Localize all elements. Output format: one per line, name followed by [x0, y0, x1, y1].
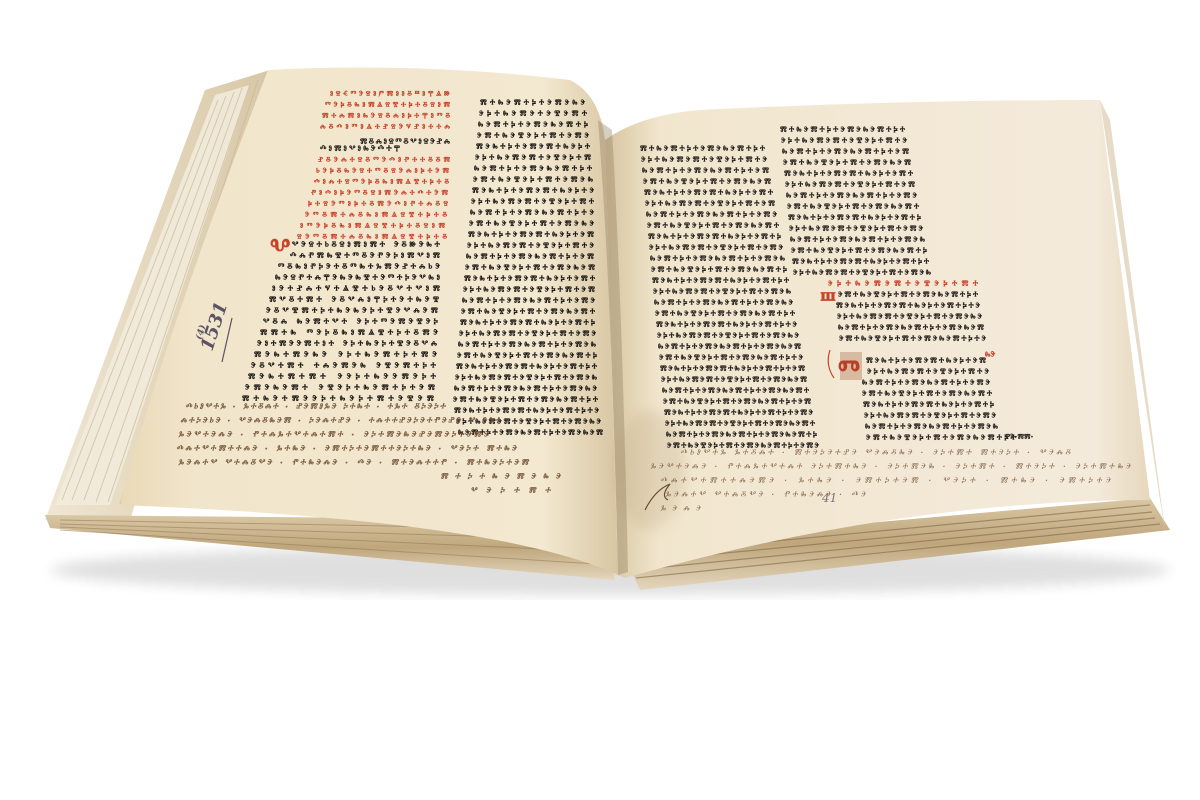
svg-text:ⰵⰿⰰⰸⰵⰺⰵⰽⰰⰿⰰⰵⰿⰵⰸⰵⰿⰰⰽⰰⰵ: ⰵⰿⰰⰸⰵⰺⰵⰽⰰⰿⰰⰵⰿⰵⰸⰵⰿⰰⰽⰰⰵ [839, 334, 986, 345]
svg-text:ⱂⰵ·ⰿⰿ·: ⱂⰵ·ⰿⰿ· [1005, 432, 1034, 443]
svg-text:ⰸⰵⰿⰰⰽⰰⰵⰿⰵⰸⰵⰿⰰⰽⰰⰵⰿⰵⰸⰵⰿ: ⰸⰵⰿⰰⰽⰰⰵⰿⰵⰸⰵⰿⰰⰽⰰⰵⰿⰵⰸⰵⰿ [838, 323, 985, 334]
svg-text:ⰵⰽⰰⰸⰵⰿⰵⰰⰵⰺⰵⰿⰰ: ⰵⰽⰰⰸⰵⰿⰵⰰⰵⰺⰵⰿⰰ [479, 109, 588, 120]
svg-text:ⰴⰾⱂⰿⰸⰺⰰⱅⰻⰵⱂⰵⰽⱁⰿⰲⱁⰿ: ⰴⰾⱂⰿⰸⰺⰰⱅⰻⰵⱂⰵⰽⱁⰿⰲⱁⰿ [290, 251, 441, 262]
svg-text:ⰵⰿⰰⰸⰵⰺⰵⰽⰰⰿⰰⰵⰿⰵⰸⰵⰿ: ⰵⰿⰰⰸⰵⰺⰵⰽⰰⰿⰰⰵⰿⰵⰸⰵⰿ [465, 263, 596, 274]
svg-text:ⰵⰿⰰⰸⰵⰺⰵⰽⰰⰿⰰⰵⰿⰵⰸⰵⰿⰰ: ⰵⰿⰰⰸⰵⰺⰵⰽⰰⰿⰰⰵⰿⰵⰸⰵⰿⰰ [461, 307, 596, 318]
svg-text:ⰵⰽⰰⰸⰵⰿⰵⰿⰰⰵⰺⰵⰽⰰⰿⰰⰵⰿ: ⰵⰽⰰⰸⰵⰿⰵⰿⰰⰵⰺⰵⰽⰰⰿⰰⰵⰿ [645, 199, 776, 210]
svg-text:ⰸⰵⰿⰰⰽⰰⰵⰿⰵⰸⰵⰿⰰⰽⰰⰵⰿⰵⰸ: ⰸⰵⰿⰰⰽⰰⰵⰿⰵⰸⰵⰿⰰⰽⰰⰵⰿⰵⰸ [865, 422, 999, 433]
svg-text:ⰸⰵⰿⰰⰽⰰⰵⰿⰵⰸⰵⰿⰰⰽⰰⰵⰿⰵ: ⰸⰵⰿⰰⰽⰰⰵⰿⰵⰸⰵⰿⰰⰽⰰⰵⰿⰵ [786, 191, 917, 202]
svg-text:ⰵⰻⰲⰰⰿⰰ ⰰⰾⰵⰿⰵⰸ ⰵⰺⰵⰿⰰⰽⰰ: ⰵⰻⰲⰰⰿⰰ ⰰⰾⰵⰿⰵⰸ ⰵⰺⰵⰿⰰⰽⰰ [251, 361, 437, 372]
illuminated-initial-right-1: Ⱎ [820, 287, 836, 313]
svg-text:ⰵⰿⰰⰸⰵⰺⰵⰽⰰⰿⰰⰵⰿⰵⰸ: ⰵⰿⰰⰸⰵⰺⰵⰽⰰⰿⰰⰵⰿⰵⰸ [473, 175, 594, 186]
svg-text:ⰸⰵⰿⰰⰽⰰⰵⰿⰵⰸⰵⰿⰰⰽⰰⰵⰿ: ⰸⰵⰿⰰⰽⰰⰵⰿⰵⰸⰵⰿⰰⰽⰰⰵⰿ [782, 147, 910, 158]
svg-text:ⰸⰵⰿⰰⰽⰰⰵⰿⰵⰸⰵⰿⰰⰽⰰⰵⰿⰵⰸⰵⰿⰰⰽ: ⰸⰵⰿⰰⰽⰰⰵⰿⰵⰸⰵⰿⰰⰽⰰⰵⰿⰵⰸⰵⰿⰰⰽ [666, 430, 818, 441]
svg-text:ⱃⰵⰽⰻⰸⰵⱄⰰⱅⰻⱄⰵⰾⱁⰽⰰⰵⰿ: ⱃⰵⰽⰻⰸⰵⱄⰰⱅⰻⱄⰵⰾⱁⰽⰰⰵⰿ [316, 166, 450, 177]
svg-text:ⰵⰻⰲⰺⰿⰰⰽⰰⰸⰵⰸⰵⰽⰰⰺⰵⰲⰾⰵⰿ: ⰵⰻⰲⰺⰿⰰⰽⰰⰸⰵⰸⰵⰽⰰⰺⰵⰲⰾⰵⰿ [266, 306, 439, 317]
svg-text:Ⰲ: Ⰲ [270, 232, 290, 261]
svg-text:ⰵⰽⰰⰸⰵⰿⰵⰿⰰⰵⰺⰵⰽⰰⰿⰰⰵⰿⰵⰸⰵⰿⰰ: ⰵⰽⰰⰸⰵⰿⰵⰿⰰⰵⰺⰵⰽⰰⰿⰰⰵⰿⰵⰸⰵⰿⰰ [665, 419, 816, 430]
svg-text:ⰿⰰⰸⰵⰿⰰⰽⰰⰵⰿⰵⰸⰵⰿⰰⰽⰰ: ⰿⰰⰸⰵⰿⰰⰽⰰⰵⰿⰵⰸⰵⰿⰰⰽⰰ [640, 144, 766, 155]
svg-text:ⰵⰽⰰⰸⰵⰿⰵⰿⰰⰵⰺⰵⰽⰰⰿⰰⰵⰿ: ⰵⰽⰰⰸⰵⰿⰵⰿⰰⰵⰺⰵⰽⰰⰿⰰⰵⰿ [463, 285, 596, 296]
svg-text:ⰵⱁⰰⰿⰵⰵⰿⰰⱁⰰ ⰵⰽⰰⰸⰵⰽⰰⰺⰵⰻⰲⰾ: ⰵⱁⰰⰿⰵⰵⰿⰰⱁⰰ ⰵⰽⰰⰸⰵⰽⰰⰺⰵⰻⰲⰾ [257, 339, 438, 350]
svg-text:ⰿⰰⰾⰿⱁⰸⰵⱄⰻⰾⱁⰽⰰⰹⱁⱅⰻ: ⰿⰰⰾⰿⱁⰸⰵⱄⰻⰾⱁⰽⰰⰹⱁⱅⰻ [322, 111, 450, 122]
svg-text:ⰵⰽⰰⰸⰵⰿⰵⰿⰰⰵⰺⰵⰽⰰⰿⰰⰵⰿⰵ: ⰵⰽⰰⰸⰵⰿⰵⰿⰰⰵⰺⰵⰽⰰⰿⰰⰵⰿⰵ [459, 329, 596, 340]
svg-text:ⰸⰵⰿⰰⰽⰰⰵⰿⰵⰸⰵⰿⰰⰽⰰⰵⰿⰵ: ⰸⰵⰿⰰⰽⰰⰵⰿⰵⰸⰵⰿⰰⰽⰰⰵⰿⰵ [646, 210, 777, 221]
svg-text:ⰳⰵⰲⰰⰵⰾⰵ · ⱂⰰⰾⰳⰰⰲⰰⰾⰰ ⰵⰽⰰⰿⰰⰸⰵ ·: ⰳⰵⰲⰰⰵⰾⰵ · ⱂⰰⰾⰳⰰⰲⰰⰾⰰ ⰵⰽⰰⰿⰰⰸⰵ · ⰵⰽⰰⰿⰵⰸ · ⰵ… [650, 462, 1131, 473]
photo-scene: ⱁⱄⱔⱅⰵⱄⱁⱓⰿⱁⱁⰻⱎⱁⰹⱑⱆ ⱅⰵⰽⰻⰸⱁⰿⱑⱄⰺⰰⰽⰰⰻⱄⱁⰿ ⰿⰰⰾⰿ… [0, 0, 1200, 800]
svg-text:ⰸⰵⰿⰰⰽⰰⰵⰿⰵⰸⰵⰿⰰⰽⰰⰵⰿ: ⰸⰵⰿⰰⰽⰰⰵⰿⰵⰸⰵⰿⰰⰽⰰⰵⰿ [466, 252, 595, 263]
svg-text:ⰿⰵⰸⰰⰽⰰⰵⰿⰵⰿⰰⰸⰵⰽⰰⰵⰿⰰⰽⰰⰵ: ⰿⰵⰸⰰⰽⰰⰵⰿⰵⰿⰰⰸⰵⰽⰰⰵⰿⰰⰽⰰⰵ [656, 320, 797, 331]
svg-text:ⰵⰽⰰⰸⰵⰿⰵⰿⰰⰵⰺⰵⰽⰰⰿⰰⰵⰿⰵⰸ: ⰵⰽⰰⰸⰵⰿⰵⰿⰰⰵⰺⰵⰽⰰⰿⰰⰵⰿⰵⰸ [455, 373, 598, 384]
svg-text:ⰵⰿⰰⰸⰵⰺⰵⰽⰰⰿⰰⰵⰿⰵⰸⰵⰿⰰⰽⰰⰵⰿ: ⰵⰿⰰⰸⰵⰺⰵⰽⰰⰿⰰⰵⰿⰵⰸⰵⰿⰰⰽⰰⰵⰿ [663, 397, 812, 408]
svg-text:ⰴⱃⱁⰲⰰⰳ ⰳⰰⰻⰾⰰ · ⰿⰰⰵⰽⰵⰰⱀⰵ ⰲⰵⰾⰻⰸⰵ: ⰴⱃⱁⰲⰰⰳ ⰳⰰⰻⰾⰰ · ⰿⰰⰵⰽⰵⰰⱀⰵ ⰲⰵⰾⰻⰸⰵ · ⰵⰽⰰⰿⰰ ⰿ… [680, 448, 1071, 459]
svg-text:ⰵⱅⰻⰿⰰⰾⰻⰸⱁⰿⱑⱄⰺⰰⰽⰰⰻ: ⰵⱅⰻⰿⰰⰾⰻⰸⱁⰿⱑⱄⰺⰰⰽⰰⰻ [305, 210, 447, 221]
svg-text:ⰵⰽⰰⰸⰵⰿⰵⰿⰰⰵⰺⰵⰽⰰⰿⰰⰵⰿⰵ: ⰵⰽⰰⰸⰵⰿⰵⰿⰰⰵⰺⰵⰽⰰⰿⰰⰵⰿⰵ [864, 411, 996, 422]
svg-text:ⰵⰿⰰⰸⰵⰺⰵⰽⰰⰿⰰⰵⰿⰵⰸⰵⰿⰰⰽ: ⰵⰿⰰⰸⰵⰺⰵⰽⰰⰿⰰⰵⰿⰵⰸⰵⰿⰰⰽ [791, 246, 928, 257]
svg-text:ⰵⰽⰰⰸⰵⰿⰵⰿⰰⰵⰺⰵⰽⰰⰿⰰⰵⰿⰵⰸⰵⰿ: ⰵⰽⰰⰸⰵⰿⰵⰿⰰⰵⰺⰵⰽⰰⰿⰰⰵⰿⰵⰸⰵⰿ [661, 375, 808, 386]
svg-text:ⰿⰵⰸⰰⰽⰰⰵⰿⰵⰿⰰⰸⰵⰽⰰⰵⰿⰰ: ⰿⰵⰸⰰⰽⰰⰵⰿⰵⰿⰰⰸⰵⰽⰰⰵⰿⰰ [784, 169, 914, 180]
svg-text:ⰲⰻⰾ ⰸⰵⰿⰰⰲⰰ ⰵⰽⰰⱅⰵⰿⰵⰺⰵⰽ: ⰲⰻⰾ ⰸⰵⰿⰰⰲⰰ ⰵⰽⰰⱅⰵⰿⰵⰺⰵⰽ [263, 317, 439, 328]
svg-text:ⰸⰵⰿⰰⰽⰰⰵⰿⰵⰸⰵⰿⰰⰽⰰⰵⰿⰵⰸ: ⰸⰵⰿⰰⰽⰰⰵⰿⰵⰸⰵⰿⰰⰽⰰⰵⰿⰵⰸ [790, 235, 926, 246]
svg-text:ⰵⰿⰰⰸⰵⰺⰵⰽⰰⰿⰰⰵⰿⰵⰸⰵⰿⰰ: ⰵⰿⰰⰸⰵⰺⰵⰽⰰⰿⰰⰵⰿⰵⰸⰵⰿⰰ [862, 389, 993, 400]
svg-text:ⱀⰻⰵⰾⰰⱄⰻⱅⰵⰴⱁⱂⰰⰰⰻⰻⰿ: ⱀⰻⰵⰾⰰⱄⰻⱅⰵⰴⱁⱂⰰⰰⰻⰻⰿ [318, 155, 451, 166]
svg-text:ⰸⰵⰿⰰⰽⰰⰵⰿⰵⰸⰵⰿⰰⰽⰰⰵⰿⰵ: ⰸⰵⰿⰰⰽⰰⰵⰿⰵⰸⰵⰿⰰⰽⰰⰵⰿⰵ [862, 378, 990, 389]
svg-text:ⰵⰿⰰⰸⰵⰺⰵⰽⰰⰿⰰⰵⰿⰵⰸⰵⰿⰰ: ⰵⰿⰰⰸⰵⰺⰵⰽⰰⰿⰰⰵⰿⰵⰸⰵⰿⰰ [787, 202, 920, 213]
svg-text:ⰿⰵⰸⰰⰽⰰⰵⰿⰵⰿⰰⰸⰵⰽⰰⰵⰿⰰⰽ: ⰿⰵⰸⰰⰽⰰⰵⰿⰵⰿⰰⰸⰵⰽⰰⰵⰿⰰⰽ [648, 232, 782, 243]
svg-text:ⰴⱃⱁⰲⰰⰳ · ⰳⰰⰻⰾⰰ · ⱀⰵⰿⱁⰳⰵ ⰽⰰⰸⰰ ·: ⰴⱃⱁⰲⰰⰳ · ⰳⰰⰻⰾⰰ · ⱀⰵⰿⱁⰳⰵ ⰽⰰⰸⰰ · ⰰⰳⰰ ⰻⰽⰵⰽⰰ [185, 402, 447, 413]
svg-text:ⰵⰽⰰⰸⰵⰿⰵⰿⰰⰵⰺⰵⰽⰰⰿⰰⰵⰿⰵⰸⰵ: ⰵⰽⰰⰸⰵⰿⰵⰿⰰⰵⰺⰵⰽⰰⰿⰰⰵⰿⰵⰸⰵ [837, 312, 982, 323]
illuminated-initial-left: Ⰲ [270, 232, 290, 261]
svg-text:41: 41 [821, 491, 837, 505]
svg-text:ⰿⰵⰸⰰⰽⰰⰵⰿⰵⰿⰰⰸⰵⰽⰰⰵⰿⰰⰽ: ⰿⰵⰸⰰⰽⰰⰵⰿⰵⰿⰰⰸⰵⰽⰰⰵⰿⰰⰽ [460, 318, 596, 329]
svg-text:ⰵⰿⰰⰸⰵⰺⰵⰽⰰⰿⰰⰵⰿⰵⰸⰵⰿⰰ: ⰵⰿⰰⰸⰵⰺⰵⰽⰰⰿⰰⰵⰿⰵⰸⰵⰿⰰ [647, 221, 780, 232]
svg-text:ⱁⰵⰰⱀⰾⰰⱌⰰⱑⰺⰰⱃⰵⰻⰲⰰⰲⱁⰿ: ⱁⰵⰰⱀⰾⰰⱌⰰⱑⰺⰰⱃⰵⰻⰲⰰⰲⱁⰿ [272, 284, 441, 295]
svg-text:ⰸⰵ: ⰸⰵ [985, 350, 996, 361]
pencil-mark-41: 41 [821, 491, 837, 505]
svg-text:ⰵⰽⰰⰸⰵⰿⰵⰿⰰⰵⰺⰵⰽⰰⰿⰰⰵⰿⰵⰸ: ⰵⰽⰰⰸⰵⰿⰵⰿⰰⰵⰺⰵⰽⰰⰿⰰⰵⰿⰵⰸ [653, 287, 792, 298]
svg-text:ⰿⰵⰸⰰⰽⰰⰵⰿⰵⰿⰰⰸⰵⰽⰰⰵⰿⰰⰽⰰⰵ: ⰿⰵⰸⰰⰽⰰⰵⰿⰵⰿⰰⰸⰵⰽⰰⰵⰿⰰⰽⰰⰵ [836, 301, 980, 312]
svg-text:ⰵⰿⰰⰸⰵⰺⰵⰽⰰⰿⰰⰵⰿⰵⰸⰵⰿ: ⰵⰿⰰⰸⰵⰺⰵⰽⰰⰿⰰⰵⰿⰵⰸⰵⰿ [783, 158, 912, 169]
svg-text:ⰸⰵⰿⰰⰽⰰⰵⰿⰵⰸⰵⰿⰰⰽⰰⰵⰿⰵⰸ: ⰸⰵⰿⰰⰽⰰⰵⰿⰵⰸⰵⰿⰰⰽⰰⰵⰿⰵⰸ [458, 340, 597, 351]
svg-text:ⰵⰽⰰⰸⰵⰿⰵⰿⰰⰵⰺⰵⰽⰰⰿⰰⰵⰿ: ⰵⰽⰰⰸⰵⰿⰵⰿⰰⰵⰺⰵⰽⰰⰿⰰⰵⰿ [785, 180, 916, 191]
svg-text:ⰵⰿⰰⰸⰵⰺⰵⰽⰰⰿⰰⰵⰿⰵⰸⰵⰿ: ⰵⰿⰰⰸⰵⰺⰵⰽⰰⰿⰰⰵⰿⰵⰸⰵⰿ [643, 177, 772, 188]
svg-text:ⰵⰽⰰⰸⰵⰿⰵⰿⰰⰵⰺⰵⰽⰰⰿⰰⰵⰿⰵ: ⰵⰽⰰⰸⰵⰿⰵⰿⰰⰵⰺⰵⰽⰰⰿⰰⰵⰿⰵ [649, 243, 783, 254]
svg-text:ⰾⰻⰴⱁⱅⱁⱑⰰⱀⱄⰵⱌⱀⱁⰰⰰⰾ: ⰾⰻⰴⱁⱅⱁⱑⰰⱀⱄⰵⱌⱀⱁⰰⰰⰾ [320, 122, 450, 133]
svg-text:ⰸⰵⰿⰰⰽⰰⰵⰿⰵⰸⰵⰿⰰⰽ: ⰸⰵⰿⰰⰽⰰⰵⰿⰵⰸⰵⰿⰰⰽ [478, 120, 589, 131]
book-illustration: ⱁⱄⱔⱅⰵⱄⱁⱓⰿⱁⱁⰻⱎⱁⰹⱑⱆ ⱅⰵⰽⰻⰸⱁⰿⱑⱄⰺⰰⰽⰰⰻⱄⱁⰿ ⰿⰰⰾⰿ… [0, 0, 1200, 800]
svg-text:Ⱎ: Ⱎ [820, 287, 836, 313]
svg-text:ⰵⰽⰰⰸⰵⰿⰵⰿⰰⰵⰺⰵⰽⰰⰿⰰⰵⰿⰵ: ⰵⰽⰰⰸⰵⰿⰵⰿⰰⰵⰺⰵⰽⰰⰿⰰⰵⰿⰵ [789, 224, 923, 235]
svg-text:ⰵⰿⰰⰸⰵⰺⰵⰽⰰⰿⰰⰵⰿⰵⰸⰵⰿⰰⰽ: ⰵⰿⰰⰸⰵⰺⰵⰽⰰⰿⰰⰵⰿⰵⰸⰵⰿⰰⰽ [651, 265, 788, 276]
svg-text:ⰸⰵⰿⰰⰽⰰⰵⰿⰵⰸⰵⰿⰰⰽⰰⰵⰿⰵⰸ: ⰸⰵⰿⰰⰽⰰⰵⰿⰵⰸⰵⰿⰰⰽⰰⰵⰿⰵⰸ [650, 254, 786, 265]
svg-text:ⰸⰵⰿⰰⰽⰰⰵⰿⰵⰸⰵⰿⰰⰽⰰⰵⰿⰵⰸⰵⰿⰰ: ⰸⰵⰿⰰⰽⰰⰵⰿⰵⰸⰵⰿⰰⰽⰰⰵⰿⰵⰸⰵⰿⰰ [662, 386, 810, 397]
svg-text:ⰳⰵⰾⰰⰲ ⰲⰰⰾⰻⰲⰵ · ⱂⰰⰸⰵⰾⰵ · ⰴⰵ · ⰿ: ⰳⰵⰾⰰⰲ ⰲⰰⰾⰻⰲⰵ · ⱂⰰⰸⰵⰾⰵ · ⰴⰵ · ⰿⰰⰵⰾⰰⰰⱂ · ⰿ… [178, 458, 530, 469]
svg-text:Ⱅ: Ⱅ [838, 355, 860, 385]
svg-text:ⰸⰵⰿⰰⰽⰰⰵⰿⰵⰸⰵⰿⰰⰽⰰ: ⰸⰵⰿⰰⰽⰰⰵⰿⰵⰸⰵⰿⰰⰽⰰ [474, 164, 593, 175]
svg-text:ⰸⰵⱄⱂⰰⰾⰹⰵⰸⰵⰸⰺⰰⰵⱅⰰⰽⰵⰲⰸⱁ: ⰸⰵⱄⱂⰰⰾⰹⰵⰸⰵⰸⰺⰰⰵⱅⰰⰽⰵⰲⰸⱁ [275, 273, 440, 284]
svg-text:ⰸⰵⰿⰰⰽⰰⰵⰿⰵⰸⰵⰿⰰⰽⰰⰵⰿⰵⰸⰵⰿ: ⰸⰵⰿⰰⰽⰰⰵⰿⰵⰸⰵⰿⰰⰽⰰⰵⰿⰵⰸⰵⰿ [658, 342, 802, 353]
svg-text:ⰵⰿⰰⰸⰵⰺⰵⰽⰰⰿⰰⰵⰿⰵⰸⰵⰿⰰⰽⰰⰵ: ⰵⰿⰰⰸⰵⰺⰵⰽⰰⰿⰰⰵⰿⰵⰸⰵⰿⰰⰽⰰⰵ [659, 353, 803, 364]
svg-text:ⰵⰿⰰⰸⰵⰺⰵⰽⰰⰿⰰⰵⰿⰵⰸⰵⰿⰰⰽⰰ: ⰵⰿⰰⰸⰵⰺⰵⰽⰰⰿⰰⰵⰿⰵⰸⰵⰿⰰⰽⰰ [655, 309, 796, 320]
svg-text:ⰿⰵⰸⰰⰽⰰⰵⰿⰵⰿⰰⰸⰵⰽⰰⰵⰿⰰ: ⰿⰵⰸⰰⰽⰰⰵⰿⰵⰿⰰⰸⰵⰽⰰⰵⰿⰰ [644, 188, 774, 199]
svg-text:ⰿⰵⰸⰰⰽⰰⰵⰿⰵⰿⰰⰸⰵⰽⰰⰵⰿⰰⰽⰰⰵⰿⰵ: ⰿⰵⰸⰰⰽⰰⰵⰿⰵⰿⰰⰸⰵⰽⰰⰵⰿⰰⰽⰰⰵⰿⰵ [664, 408, 813, 419]
svg-text:ⰿⰵⰸⰰⰽⰰⰵⰿⰵⰿⰰⰸⰵⰽⰰⰵⰿ: ⰿⰵⰸⰰⰽⰰⰵⰿⰵⰿⰰⰸⰵⰽⰰⰵⰿ [468, 230, 595, 241]
svg-text:ⰵⰿⰰⰸⰵⰺⰵⰽⰰⰿⰰⰵⰿⰵⰸⰵⰿⰰⰽⰰ: ⰵⰿⰰⰸⰵⰺⰵⰽⰰⰿⰰⰵⰿⰵⰸⰵⰿⰰⰽⰰ [838, 290, 979, 301]
svg-text:ⰾⰰⰽⰵⱃⰵ · ⰲⰵⰾⰻⰸⰵⰿ · ⰽⰵⰾⰰⱀⰵ · ⰰⰾ: ⰾⰰⰽⰵⱃⰵ · ⰲⰵⰾⰻⰸⰵⰿ · ⰽⰵⰾⰰⱀⰵ · ⰰⰾⰰⰰⱀⰵⰽⰵⰰⱂⰵⱀ… [180, 416, 502, 427]
svg-text:ⰿⰵⰸⰰⰽⰰⰵⰿⰵⰿⰰⰸⰵⰽⰰ: ⰿⰵⰸⰰⰽⰰⰵⰿⰵⰿⰰⰸⰵⰽⰰ [476, 142, 591, 153]
svg-text:ⰵⰿⰰⰸⰵⰺⰵⰽⰰⰿⰰⰵⰿⰵⰸⰵ: ⰵⰿⰰⰸⰵⰺⰵⰽⰰⰿⰰⰵⰿⰵⰸⰵ [469, 219, 594, 230]
svg-text:ⰿⰰⰸⰵⰿⰰⰽⰰⰵⰿⰵⰸⰵⰿⰰⰽⰰ: ⰿⰰⰸⰵⰿⰰⰽⰰⰵⰿⰵⰸⰵⰿⰰⰽⰰ [780, 125, 906, 136]
svg-text:ⰿⰵⰸⰰⰽⰰⰵⰿⰵⰿⰰⰸⰵⰽⰰⰵⰿⰰⰽ: ⰿⰵⰸⰰⰽⰰⰵⰿⰵⰿⰰⰸⰵⰽⰰⰵⰿⰰⰽ [788, 213, 922, 224]
svg-text:ⰿⰵⰸⰰⰽⰰⰵⰿⰵⰿⰰⰸⰵⰽⰰⰵⰿⰰⰽ: ⰿⰵⰸⰰⰽⰰⰵⰿⰵⰿⰰⰸⰵⰽⰰⰵⰿⰰⰽ [863, 400, 995, 411]
svg-text:ⰸⰵⰿⰰⰽⰰⰵⰿⰵⰸⰵⰿⰰⰽⰰⰵⰿⰵ: ⰸⰵⰿⰰⰽⰰⰵⰿⰵⰸⰵⰿⰰⰽⰰⰵⰿⰵ [462, 296, 595, 307]
svg-text:ⰵⰽⰰⰸⰵⰿⰵⰿⰰⰵⰺⰵⰽⰰⰿⰰⰵⰿⰵⰸ: ⰵⰽⰰⰸⰵⰿⰵⰿⰰⰵⰺⰵⰽⰰⰿⰰⰵⰿⰵⰸ [793, 268, 932, 279]
svg-text:ⰸⰵⰿⰰⰽⰰⰵⰿⰵⰸⰵⰿⰰⰽⰰⰵⰿ: ⰸⰵⰿⰰⰽⰰⰵⰿⰵⰸⰵⰿⰰⰽⰰⰵⰿ [642, 166, 770, 177]
svg-text:ⰿⰵⰸⰰⰽⰰⰵⰿⰵⰿⰰⰸⰵⰽⰰⰵⰿ: ⰿⰵⰸⰰⰽⰰⰵⰿⰵⰿⰰⰸⰵⰽⰰⰵⰿ [866, 356, 987, 367]
svg-text:ⰿⰵⰸⰰⰽⰰⰵⰿⰵⰿⰰⰸⰵⰽⰰⰵⰿⰰ: ⰿⰵⰸⰰⰽⰰⰵⰿⰵⰿⰰⰸⰵⰽⰰⰵⰿⰰ [464, 274, 596, 285]
svg-text:ⰵⰽⰰⰸⰵⰿⰵⰿⰰⰵⰺⰵⰽⰰⰿⰰⰵⰿⰵⰸⰵ: ⰵⰽⰰⰸⰵⰿⰵⰿⰰⰵⰺⰵⰽⰰⰿⰰⰵⰿⰵⰸⰵ [657, 331, 799, 342]
svg-text:ⱅⰵⰽⰻⰸⱁⰿⱑⱄⰺⰰⰽⰰⰻⱄⱁⰿ: ⱅⰵⰽⰻⰸⱁⰿⱑⱄⰺⰰⰽⰰⰻⱄⱁⰿ [325, 100, 451, 111]
